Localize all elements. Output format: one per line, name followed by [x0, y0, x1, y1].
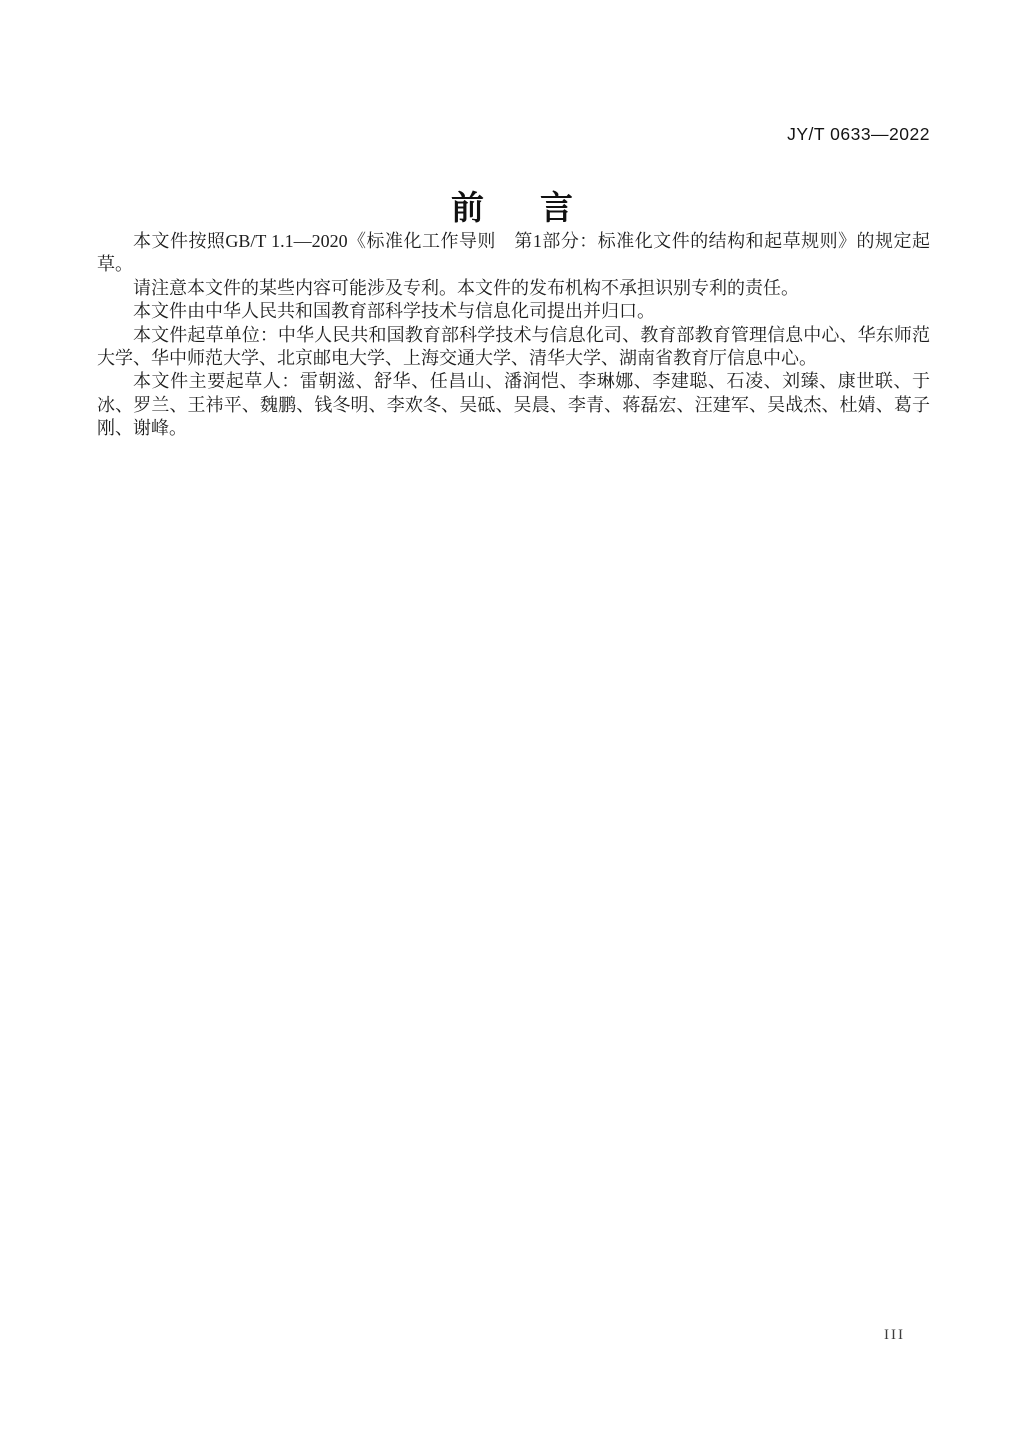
foreword-paragraph-main-drafters: 本文件主要起草人：雷朝滋、舒华、任昌山、潘润恺、李琳娜、李建聪、石凌、刘臻、康世…: [97, 370, 930, 440]
page-number: III: [884, 1327, 905, 1344]
foreword-title-text: 前言: [451, 189, 629, 226]
foreword-title: 前言: [0, 182, 1024, 229]
doc-number: JY/T 0633—2022: [787, 124, 930, 145]
document-page: JY/T 0633—2022 前言 本文件按照GB/T 1.1—2020《标准化…: [0, 0, 1024, 1448]
foreword-paragraph-drafting-rule: 本文件按照GB/T 1.1—2020《标准化工作导则 第1部分：标准化文件的结构…: [97, 230, 930, 277]
foreword-paragraph-proposing-body: 本文件由中华人民共和国教育部科学技术与信息化司提出并归口。: [97, 300, 930, 323]
foreword-body: 本文件按照GB/T 1.1—2020《标准化工作导则 第1部分：标准化文件的结构…: [97, 230, 930, 441]
foreword-paragraph-drafting-organizations: 本文件起草单位：中华人民共和国教育部科学技术与信息化司、教育部教育管理信息中心、…: [97, 324, 930, 371]
foreword-paragraph-patent-notice: 请注意本文件的某些内容可能涉及专利。本文件的发布机构不承担识别专利的责任。: [97, 277, 930, 300]
